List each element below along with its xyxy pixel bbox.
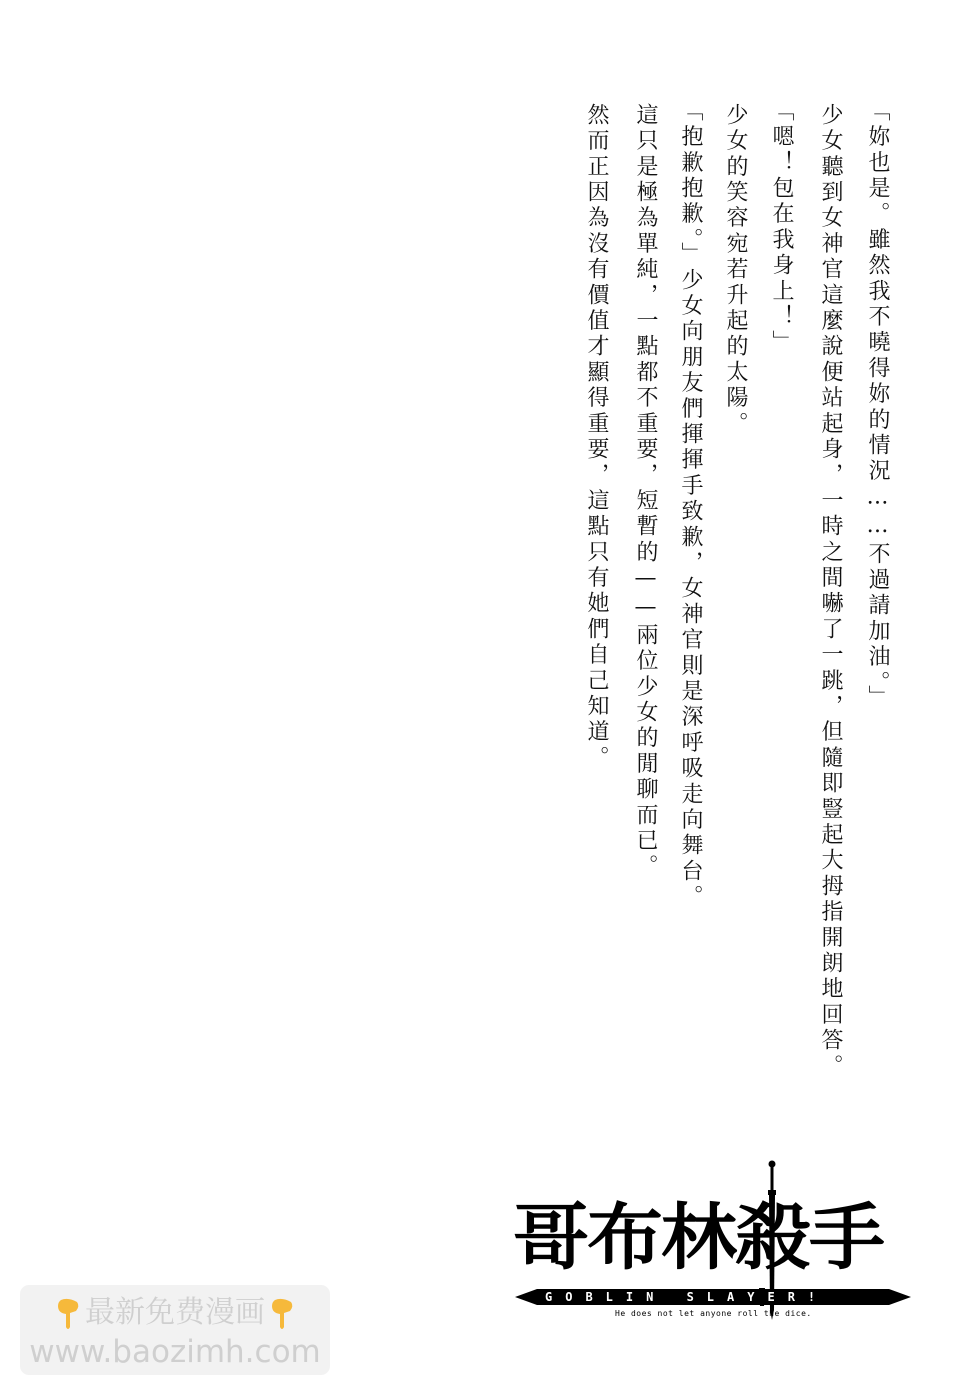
text-line-7: 然而正因為沒有價值才顯得重要，這點只有她們自己知道。 bbox=[584, 103, 608, 771]
watermark-banner[interactable]: 最新免费漫画 www.baozimh.com bbox=[20, 1285, 330, 1375]
logo-title-en: GOBLIN SLAYER! bbox=[545, 1288, 885, 1306]
goblin-slayer-logo: 哥布林殺手 GOBLIN SLAYER! He does not let any… bbox=[505, 1160, 915, 1330]
text-line-5: 「抱歉抱歉。」少女向朋友們揮揮手致歉，女神官則是深呼吸走向舞台。 bbox=[678, 99, 702, 910]
text-line-4: 少女的笑容宛若升起的太陽。 bbox=[723, 103, 747, 437]
text-line-2: 少女聽到女神官這麼說便站起身，一時之間嚇了一跳，但隨即豎起大拇指開朗地回答。 bbox=[818, 103, 842, 1080]
text-line-1: 「妳也是。雖然我不曉得妳的情況……不過請加油。」 bbox=[865, 99, 889, 711]
pointing-down-hand-icon bbox=[55, 1296, 81, 1332]
text-line-6: 這只是極為單純，一點都不重要，短暫的——兩位少女的閒聊而已。 bbox=[633, 103, 657, 880]
pointing-down-hand-icon bbox=[269, 1296, 295, 1332]
novel-page: 「妳也是。雖然我不曉得妳的情況……不過請加油。」 少女聽到女神官這麼說便站起身，… bbox=[0, 0, 980, 1395]
logo-tagline: He does not let anyone roll the dice. bbox=[615, 1309, 812, 1318]
watermark-line-1: 最新免费漫画 bbox=[20, 1293, 330, 1333]
watermark-text-1: 最新免费漫画 bbox=[85, 1295, 265, 1330]
watermark-url[interactable]: www.baozimh.com bbox=[20, 1333, 330, 1371]
logo-title-zh: 哥布林殺手 bbox=[513, 1202, 883, 1274]
text-line-3: 「嗯！包在我身上！」 bbox=[769, 99, 793, 356]
